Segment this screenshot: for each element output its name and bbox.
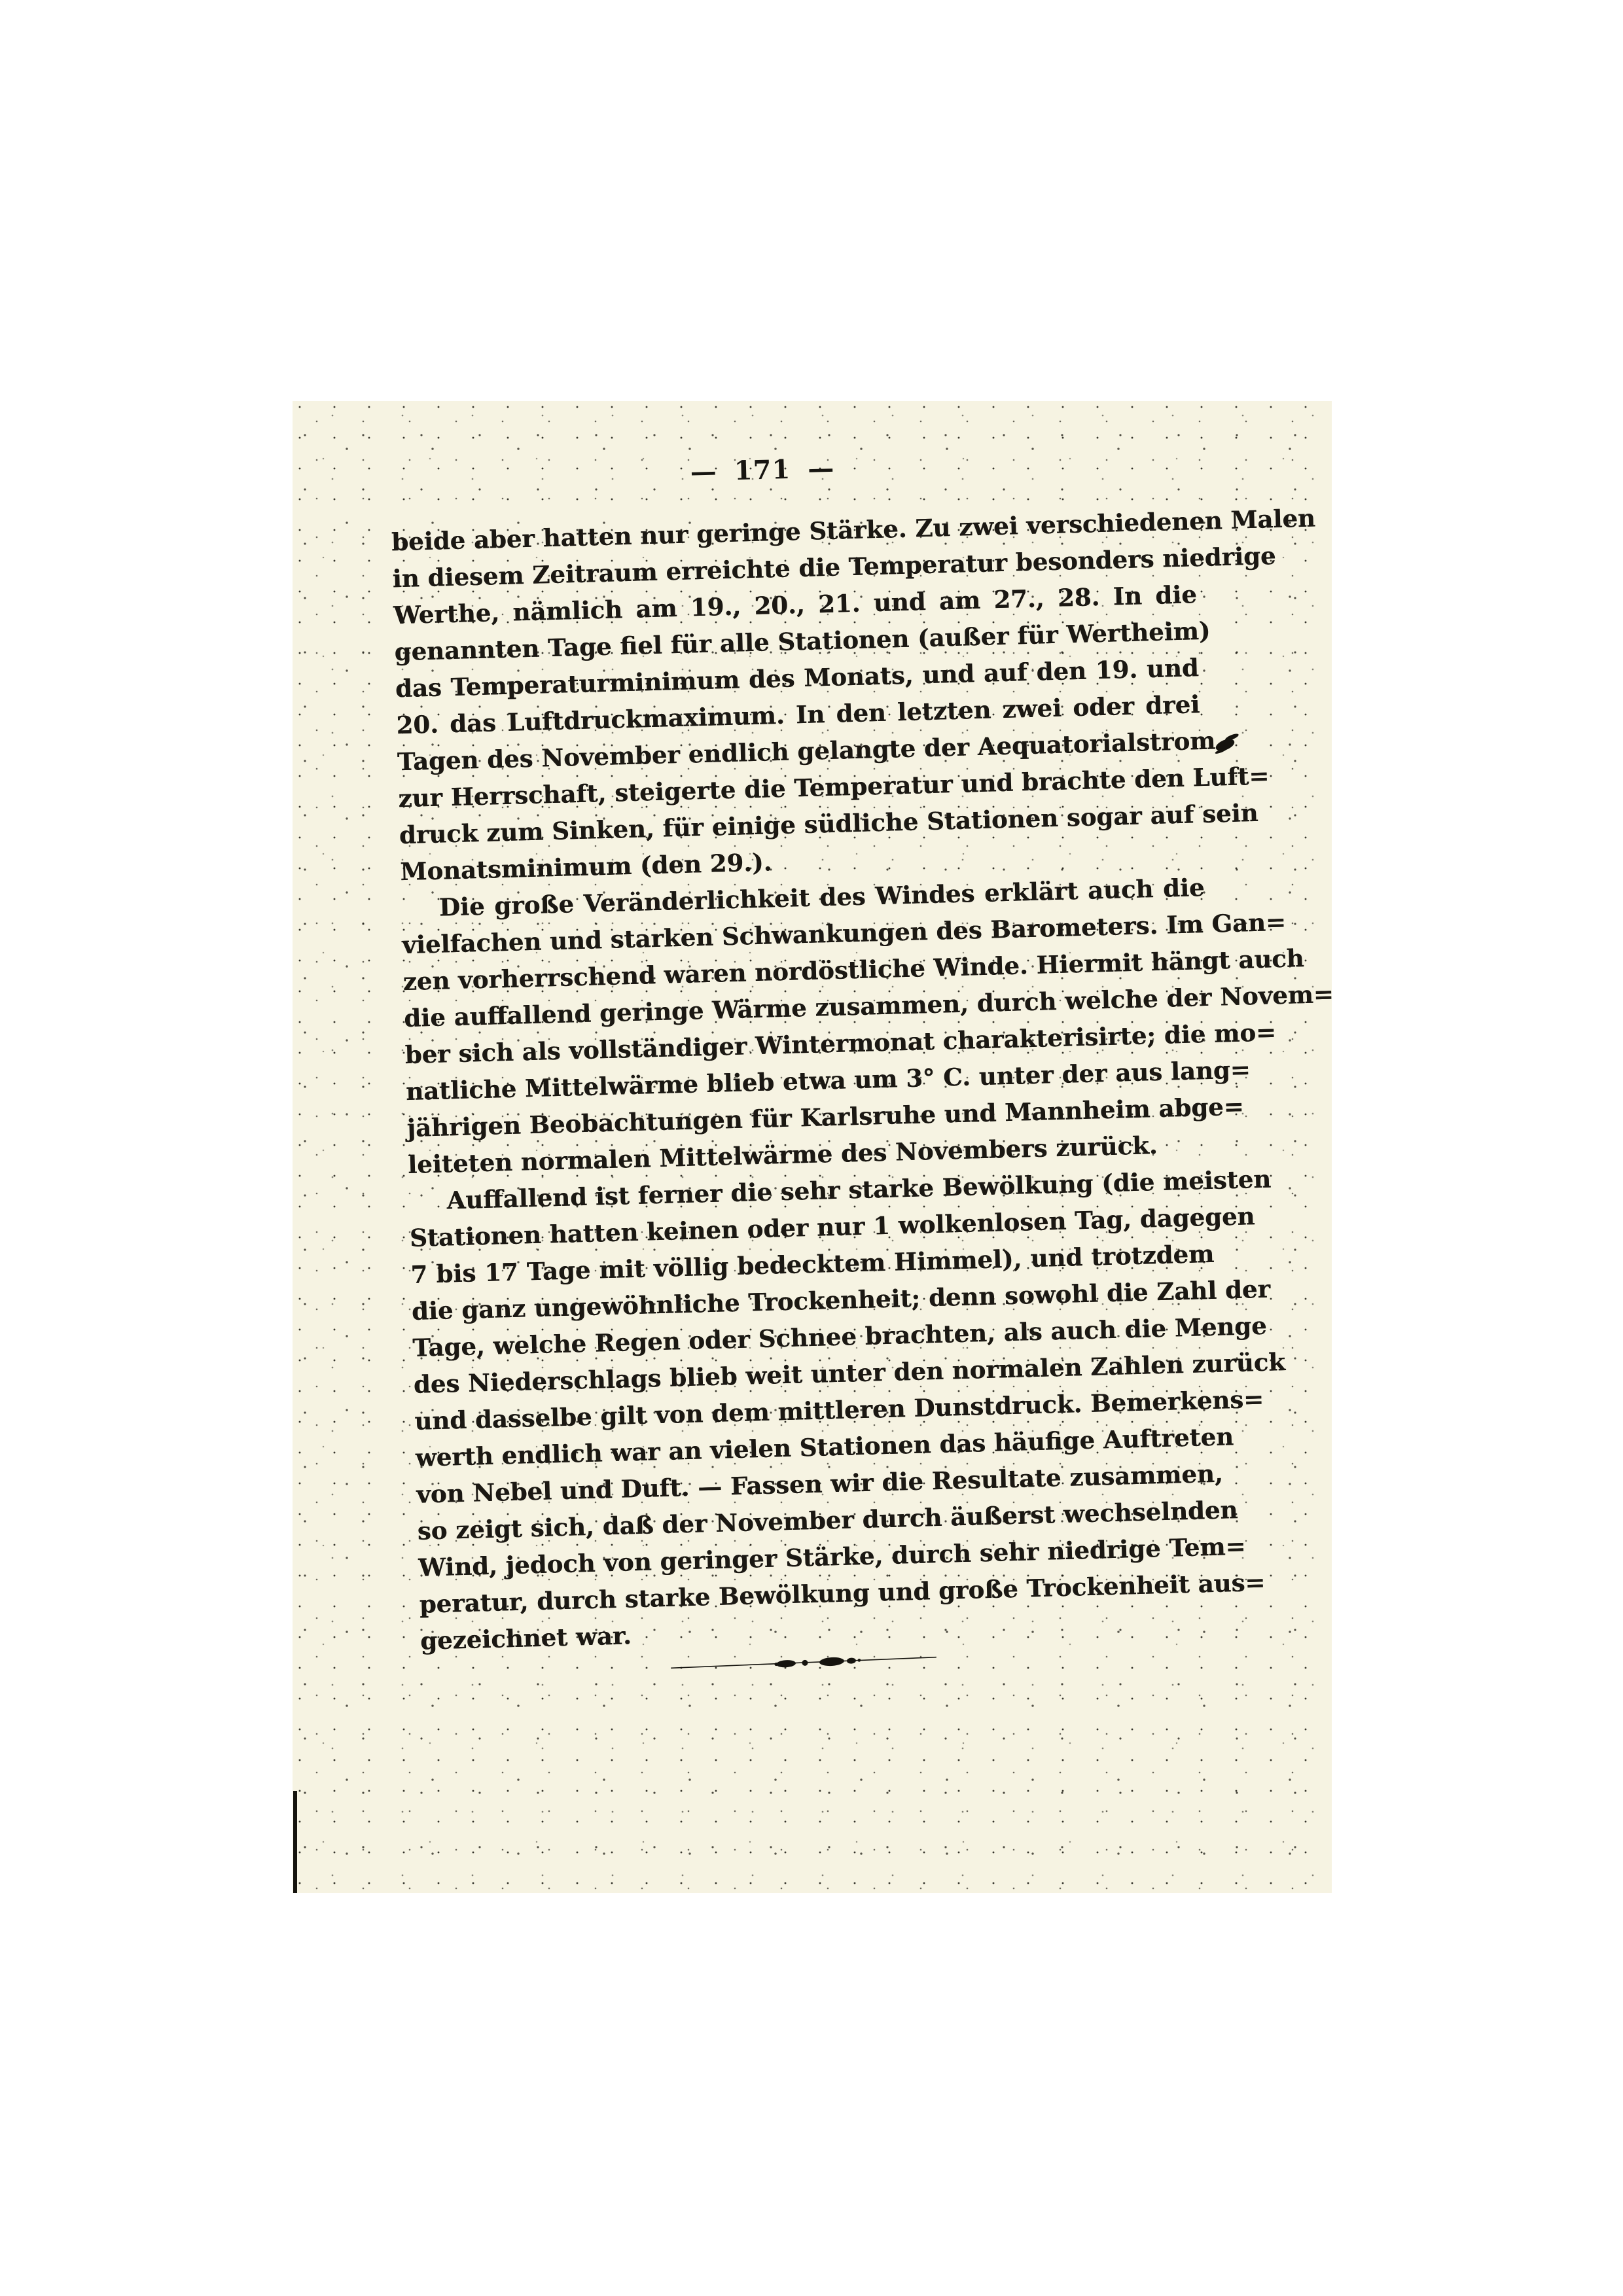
header-left-dash: —	[690, 456, 717, 487]
header-right-dash: —	[808, 453, 835, 484]
body-text: beide aber hatten nur geringe Stärke. Zu…	[391, 503, 1224, 1659]
scan-edge-artifact	[293, 1791, 297, 1893]
ink-smudge-artifact	[1214, 737, 1236, 753]
scan-canvas: —171— beide aber hatten nur geringe Stär…	[0, 0, 1623, 2296]
page-number: 171	[734, 454, 791, 486]
page-number-header: —171—	[631, 451, 893, 489]
ornamental-rule-icon	[669, 1653, 938, 1674]
scanned-page: —171— beide aber hatten nur geringe Stär…	[293, 401, 1332, 1893]
